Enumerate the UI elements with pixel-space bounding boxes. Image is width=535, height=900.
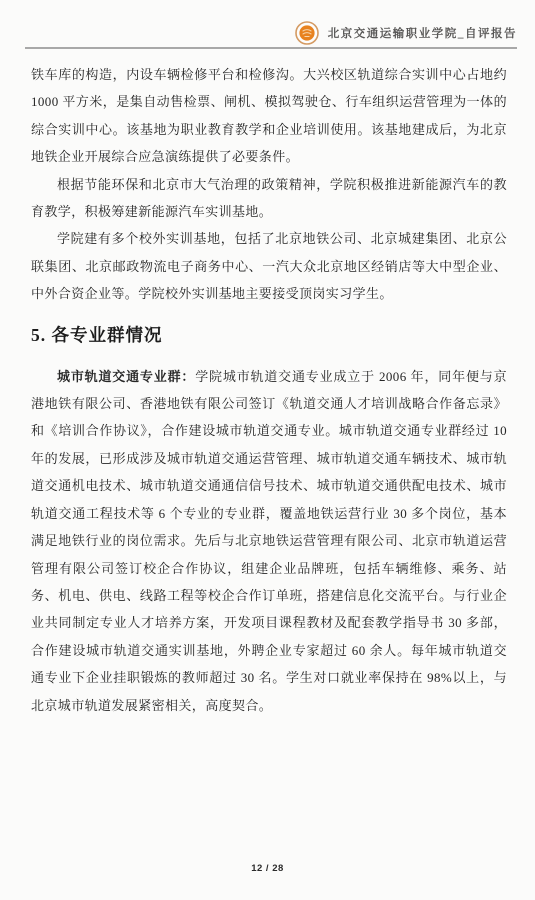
page-header: 北京交通运输职业学院_自评报告 bbox=[25, 20, 517, 46]
paragraph: 铁车库的构造，内设车辆检修平台和检修沟。大兴校区轨道综合实训中心占地约 1000… bbox=[31, 61, 507, 171]
page-number: 12 / 28 bbox=[251, 863, 284, 874]
section-heading: 5. 各专业群情况 bbox=[31, 322, 507, 348]
section-paragraph: 城市轨道交通专业群：学院城市轨道交通专业成立于 2006 年，同年便与京港地铁有… bbox=[31, 363, 507, 719]
paragraph-text: 学院城市轨道交通专业成立于 2006 年，同年便与京港地铁有限公司、香港地铁有限… bbox=[31, 369, 507, 713]
document-body: 铁车库的构造，内设车辆检修平台和检修沟。大兴校区轨道综合实训中心占地约 1000… bbox=[31, 61, 507, 719]
page-footer: 12 / 28 bbox=[0, 858, 535, 876]
document-page: 北京交通运输职业学院_自评报告 铁车库的构造，内设车辆检修平台和检修沟。大兴校区… bbox=[0, 0, 535, 900]
paragraph: 学院建有多个校外实训基地，包括了北京地铁公司、北京城建集团、北京公联集团、北京邮… bbox=[31, 225, 507, 307]
paragraph-lead: 城市轨道交通专业群： bbox=[57, 369, 195, 384]
document-title: 北京交通运输职业学院_自评报告 bbox=[328, 25, 517, 41]
header-rule bbox=[25, 47, 517, 49]
paragraph: 根据节能环保和北京市大气治理的政策精神，学院积极推进新能源汽车的教育教学，积极筹… bbox=[31, 171, 507, 226]
college-seal-icon bbox=[295, 21, 319, 45]
